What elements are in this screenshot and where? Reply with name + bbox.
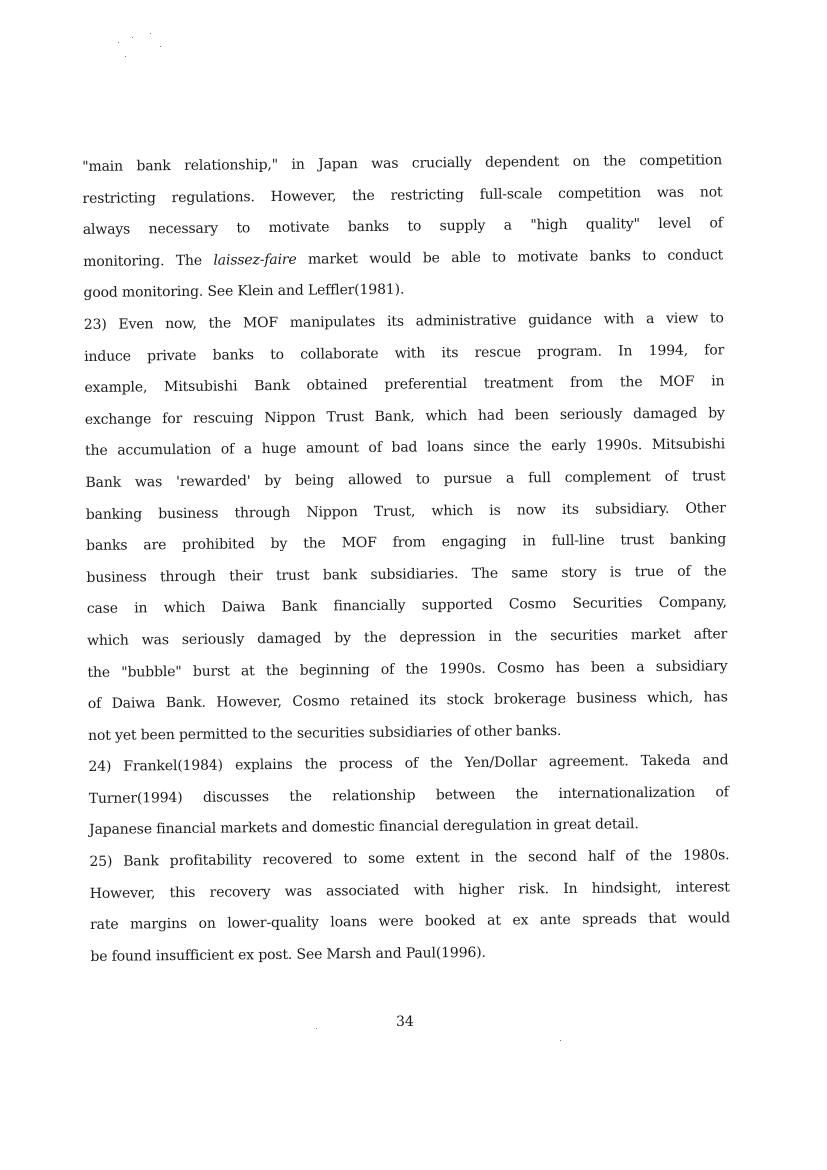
text-segment: market would be able to motivate banks t… (296, 247, 723, 267)
scan-speck (118, 42, 119, 43)
text-line: of Daiwa Bank. However, Cosmo retained i… (88, 682, 728, 720)
text-line: rate margins on lower-quality loans were… (90, 904, 730, 942)
scan-speck (150, 33, 151, 34)
page-number: 34 (396, 1014, 414, 1030)
document-page: "main bank relationship," in Japan was c… (0, 0, 827, 1170)
footnotes-body: "main bank relationship," in Japan was c… (82, 145, 731, 973)
scan-speck (560, 1040, 561, 1041)
text-line: be found insufficient ex post. See Marsh… (90, 935, 730, 973)
text-segment: monitoring. The (83, 252, 213, 269)
scan-speck (132, 37, 133, 38)
italic-term: laissez-faire (213, 252, 296, 269)
scan-speck (125, 56, 126, 57)
scan-speck (316, 1028, 317, 1029)
scan-speck (160, 46, 161, 47)
